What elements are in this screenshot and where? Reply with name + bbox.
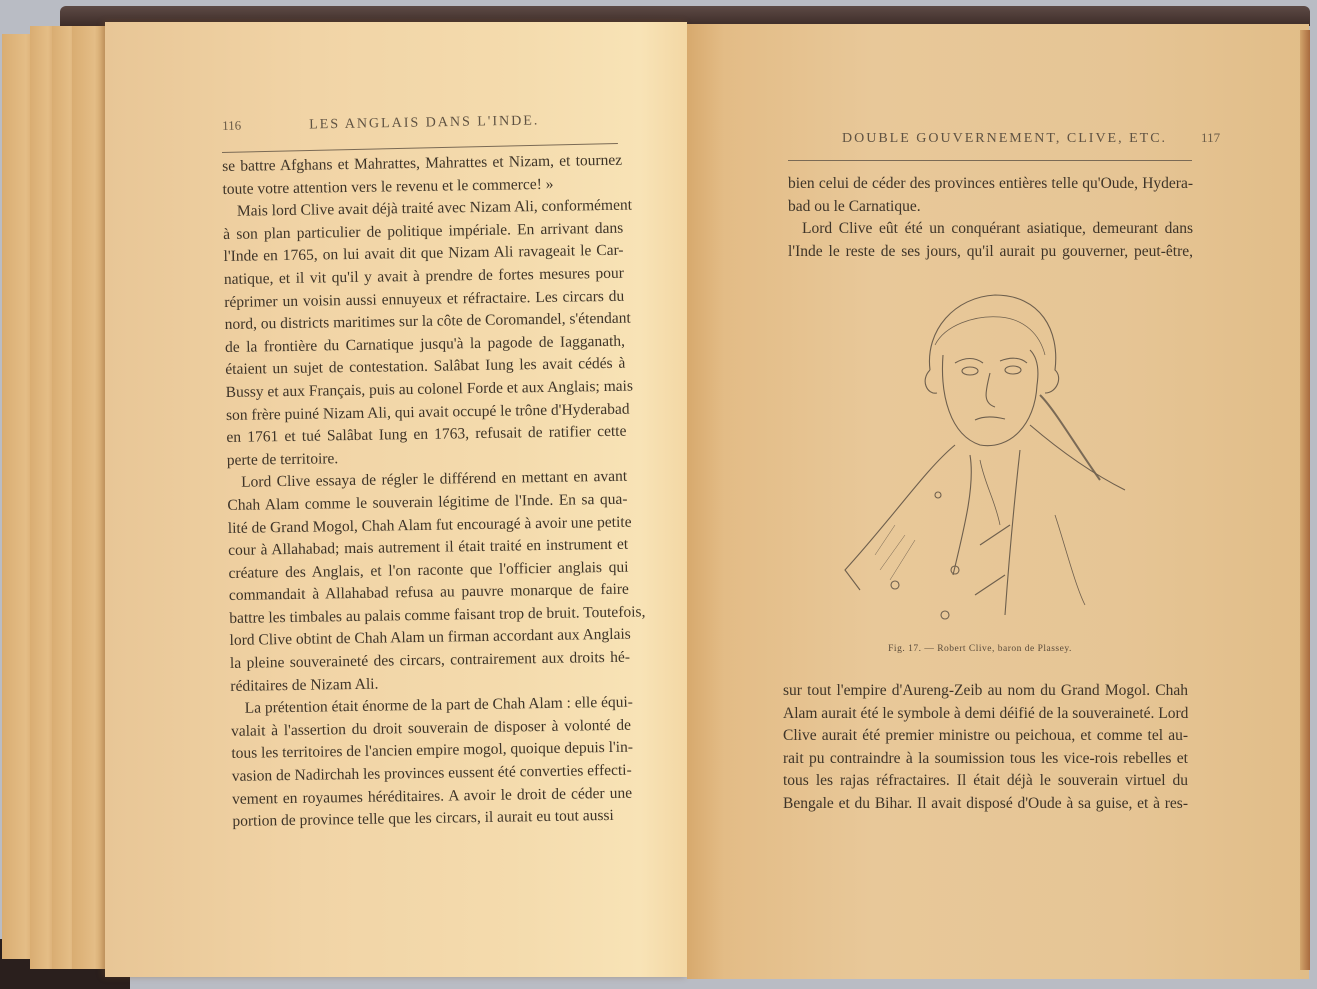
page-number: 117 bbox=[1201, 130, 1220, 146]
right-running-header: DOUBLE GOUVERNEMENT, CLIVE, ETC. 117 bbox=[842, 130, 1220, 147]
left-page-body-text: se battre Afghans et Mahrattes, Mahratte… bbox=[222, 150, 633, 834]
page-number: 116 bbox=[222, 118, 241, 134]
text-line: l'Inde le reste de ses jours, qu'il aura… bbox=[788, 241, 1193, 264]
text-line: tous les rajas réfractaires. Il était dé… bbox=[783, 770, 1188, 793]
figure-caption: Fig. 17. — Robert Clive, baron de Plasse… bbox=[860, 644, 1100, 654]
header-rule bbox=[788, 160, 1192, 161]
right-page-body-text-top: bien celui de céder des provinces entièr… bbox=[788, 173, 1193, 263]
text-line: Alam aurait été le symbole à demi déifié… bbox=[783, 703, 1188, 726]
text-line: Clive aurait été premier ministre ou pei… bbox=[783, 725, 1188, 748]
portrait-engraving-icon bbox=[835, 285, 1135, 630]
text-line: Bengale et du Bihar. Il avait disposé d'… bbox=[783, 793, 1188, 816]
text-line: rait pu contraindre à la soumission tous… bbox=[783, 748, 1188, 771]
running-head-title: DOUBLE GOUVERNEMENT, CLIVE, ETC. bbox=[842, 131, 1167, 147]
right-page-body-text-bottom: sur tout l'empire d'Aureng-Zeib au nom d… bbox=[783, 680, 1188, 816]
text-line: bien celui de céder des provinces entièr… bbox=[788, 173, 1193, 196]
text-line: sur tout l'empire d'Aureng-Zeib au nom d… bbox=[783, 680, 1188, 703]
text-line: bad ou le Carnatique. bbox=[788, 196, 1193, 219]
text-line: Lord Clive eût été un conquérant asiatiq… bbox=[788, 218, 1193, 241]
right-page-edge bbox=[1300, 30, 1310, 970]
